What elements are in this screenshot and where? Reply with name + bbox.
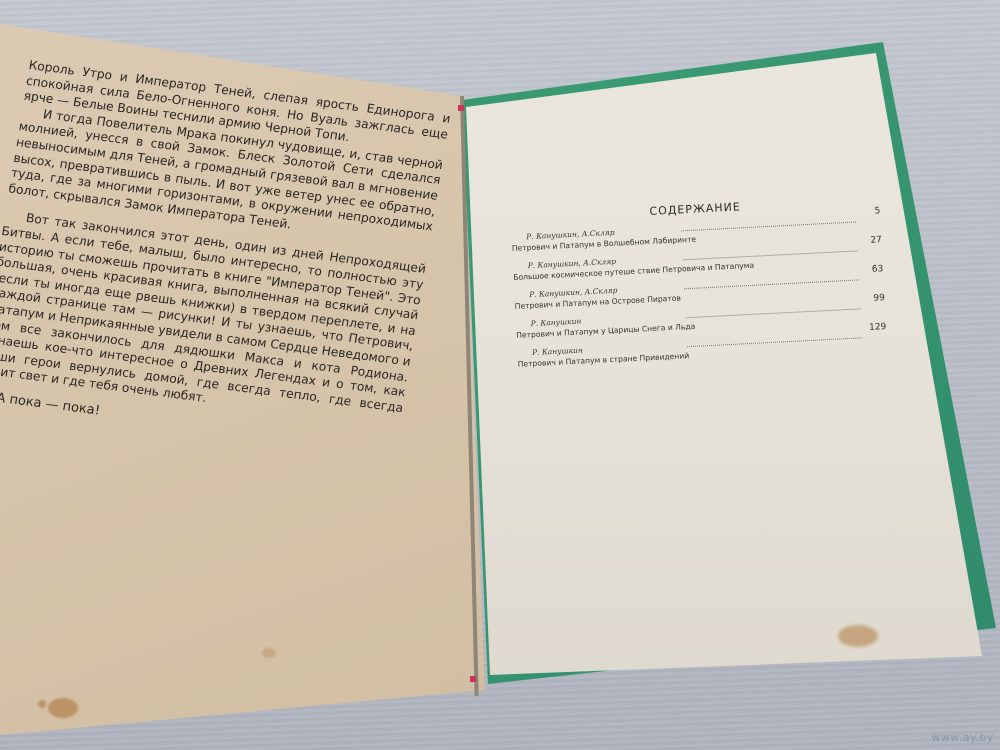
watermark: www.ay.by [931,731,994,744]
table-of-contents: СОДЕРЖАНИЕ 5 Р. Канушкин, А.Скляр Петров… [510,193,888,378]
toc-leader-dots [681,214,856,232]
toc-page-number: 5 [874,206,880,216]
stain [262,648,276,658]
stain [38,700,46,708]
toc-author: Р. Канушкин [532,345,583,357]
toc-page-number: 99 [873,293,885,304]
spine-headband [458,105,464,111]
spine-tailband [470,676,476,682]
stain [48,698,78,718]
stain [838,625,878,647]
toc-page-number: 27 [870,235,882,246]
toc-page-number: 129 [869,322,887,333]
left-page-text: Король Утро и Император Теней, слепая яр… [0,58,452,457]
toc-author: Р. Канушкин [530,317,581,329]
toc-page-number: 63 [872,264,884,275]
